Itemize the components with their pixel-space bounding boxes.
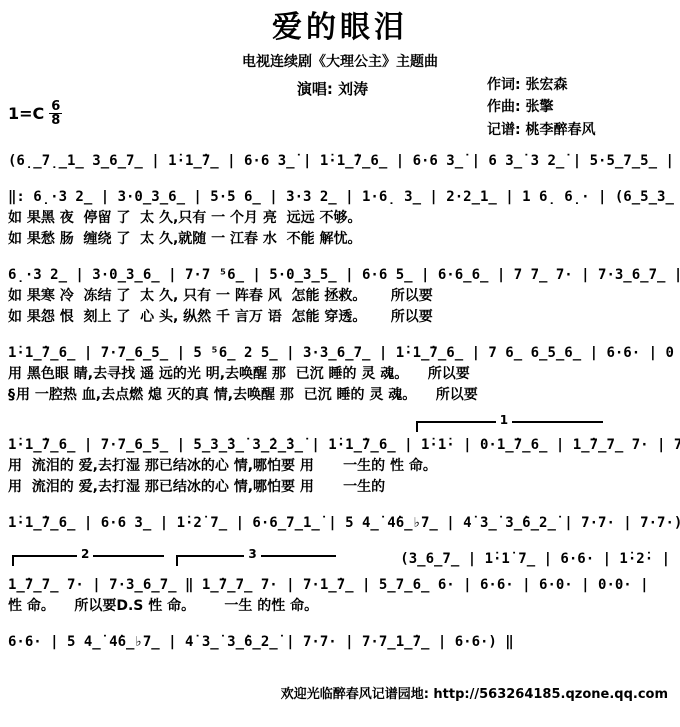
system-1: (6̣̲7̣̲1̲ 3̲6̲7̲ | 1̇·1̲̇7̲ | 6·6 3̲̇ | …	[8, 151, 672, 172]
page-title: 爱的眼泪	[8, 10, 672, 46]
system-8: 6·6· | 5 4̲̇ 4̇6̲♭7̲ | 4̇ 3̲̇ 3̲̇6̲2̲̇ |…	[8, 632, 672, 653]
notation-line: (3̲6̲7̲ | 1̇·1̇ 7̲ | 6·6· | 1̇·2̇· |	[400, 549, 670, 570]
lyrics-line: 如 果寒 冷 冻结 了 太 久, 只有 一 阵春 风 怎能 拯救。 所以要	[8, 286, 672, 307]
time-signature-top: 6	[49, 100, 62, 114]
key-signature: 1=C 6 8	[8, 100, 178, 127]
first-ending-bracket: 1	[416, 421, 603, 432]
notation-line: 6̣·3 2̲ | 3·0̲3̲6̲ | 7·7 ⁵6̲ | 5·0̲3̲5̲ …	[8, 265, 672, 286]
meta-row: 1=C 6 8 演唱: 刘涛 作词: 张宏森 作曲: 张擎 记谱: 桃李醉春风	[8, 74, 672, 141]
system-4: 1̇·1̲̇7̲6̲ | 7·7̲6̲5̲ | 5 ⁵6̲ 2 5̲ | 3·3…	[8, 343, 672, 406]
lyrics-line: 用 黑色眼 睛,去寻找 遥 远的光 明,去唤醒 那 已沉 睡的 灵 魂。 所以要	[8, 364, 672, 385]
third-ending-bracket: 3	[176, 555, 336, 566]
segno-icon: §	[8, 387, 15, 403]
lyricist-credit: 作词: 张宏森	[487, 74, 672, 96]
singer-label: 演唱:	[297, 80, 338, 98]
composer-credit: 作曲: 张擎	[487, 96, 672, 118]
system-3: 6̣·3 2̲ | 3·0̲3̲6̲ | 7·7 ⁵6̲ | 5·0̲3̲5̲ …	[8, 265, 672, 328]
notation-line: ‖: 6̣·3 2̲ | 3·0̲3̲6̲ | 5·5 6̲ | 3·3 2̲ …	[8, 187, 672, 208]
key-label: 1=C	[8, 104, 44, 123]
notation-line: 1̇·1̲̇7̲6̲ | 7·7̲6̲5̲ | 5̲3̲̇3̲̇ 3̲̇2̲̇3…	[8, 435, 672, 456]
lyrics-line: 如 果愁 肠 缠绕 了 太 久,就随 一 江春 水 不能 解忧。	[8, 229, 672, 250]
notation-line: 1̲̇7̲7̲ 7· | 7·3̲6̲7̲ ‖ 1̲̇7̲7̲ 7· | 7·1…	[8, 575, 672, 596]
endings-row: 2 3 (3̲6̲7̲ | 1̇·1̇ 7̲ | 6·6· | 1̇·2̇· |	[8, 549, 672, 571]
subtitle: 电视连续剧《大理公主》主题曲	[8, 51, 672, 71]
singer-name: 刘涛	[338, 80, 368, 98]
sheet-music-page: 爱的眼泪 电视连续剧《大理公主》主题曲 1=C 6 8 演唱: 刘涛 作词: 张…	[0, 0, 680, 727]
score: (6̣̲7̣̲1̲ 3̲6̲7̲ | 1̇·1̲̇7̲ | 6·6 3̲̇ | …	[8, 151, 672, 653]
footer-text: 欢迎光临醉春风记谱园地:	[281, 687, 434, 702]
system-2: ‖: 6̣·3 2̲ | 3·0̲3̲6̲ | 5·5 6̲ | 3·3 2̲ …	[8, 187, 672, 250]
notation-line: 1̇·1̲̇7̲6̲ | 7·7̲6̲5̲ | 5 ⁵6̲ 2 5̲ | 3·3…	[8, 343, 672, 364]
lyrics-line: 性 命。 所以要D.S 性 命。 一生 的性 命。	[8, 596, 672, 617]
singer-line: 演唱: 刘涛	[297, 78, 368, 99]
footer: 欢迎光临醉春风记谱园地: http://563264185.qzone.qq.c…	[8, 668, 672, 717]
second-ending-bracket: 2	[12, 555, 164, 566]
system-7: 1̲̇7̲7̲ 7· | 7·3̲6̲7̲ ‖ 1̲̇7̲7̲ 7· | 7·1…	[8, 575, 672, 617]
second-ending-number: 2	[77, 548, 93, 560]
time-signature-bottom: 8	[49, 114, 62, 127]
lyrics-line: 用 流泪的 爱,去打湿 那已结冰的心 情,哪怕要 用 一生的 性 命。	[8, 456, 672, 477]
notation-line: 1̇·1̲̇7̲6̲ | 6·6 3̲ | 1̇·2̇ 7̲ | 6·6̲7̲1…	[8, 513, 672, 534]
system-5: 1 1̇·1̲̇7̲6̲ | 7·7̲6̲5̲ | 5̲3̲̇3̲̇ 3̲̇2̇…	[8, 421, 672, 498]
first-ending-number: 1	[496, 414, 512, 426]
third-ending-number: 3	[244, 548, 260, 560]
system-6: 1̇·1̲̇7̲6̲ | 6·6 3̲ | 1̇·2̇ 7̲ | 6·6̲7̲1…	[8, 513, 672, 534]
notation-line: (6̣̲7̣̲1̲ 3̲6̲7̲ | 1̇·1̲̇7̲ | 6·6 3̲̇ | …	[8, 151, 672, 172]
footer-url[interactable]: http://563264185.qzone.qq.com	[433, 687, 668, 702]
credits-block: 作词: 张宏森 作曲: 张擎 记谱: 桃李醉春风	[487, 74, 672, 141]
time-signature: 6 8	[49, 100, 62, 127]
lyrics-line: 如 果怨 恨 刻上 了 心 头, 纵然 千 言万 语 怎能 穿透。 所以要	[8, 307, 672, 328]
transcriber-credit: 记谱: 桃李醉春风	[487, 119, 672, 141]
lyrics-line: 用 流泪的 爱,去打湿 那已结冰的心 情,哪怕要 用 一生的	[8, 477, 672, 498]
lyrics-line: §用 一腔热 血,去点燃 熄 灭的真 情,去唤醒 那 已沉 睡的 灵 魂。 所以…	[8, 385, 672, 406]
notation-line: 6·6· | 5 4̲̇ 4̇6̲♭7̲ | 4̇ 3̲̇ 3̲̇6̲2̲̇ |…	[8, 632, 672, 653]
lyrics-line: 如 果黑 夜 停留 了 太 久,只有 一 个月 亮 远远 不够。	[8, 208, 672, 229]
